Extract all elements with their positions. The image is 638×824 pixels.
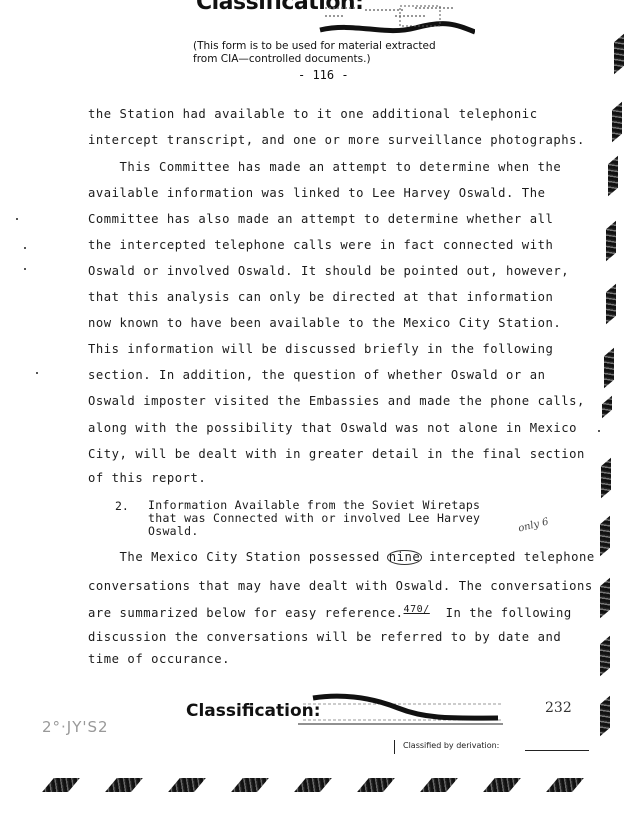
section-number: 2. [115, 499, 129, 513]
hatch-mark [606, 221, 616, 261]
body-line: section. In addition, the question of wh… [88, 368, 545, 382]
body-line: Oswald or involved Oswald. It should be … [88, 264, 569, 278]
body-line: of this report. [88, 471, 206, 485]
body-line: Oswald imposter visited the Embassies an… [88, 394, 585, 408]
footer-redaction-mark [298, 688, 508, 730]
handwritten-annotation: only 6 [517, 516, 550, 534]
hatch-mark [168, 778, 206, 792]
date-stamp: 2°·JY'S2 [42, 718, 109, 736]
form-note-line-2: from CIA—controlled documents.) [193, 53, 436, 66]
hatch-mark [608, 156, 618, 196]
hatch-mark [231, 778, 269, 792]
scan-speck [24, 247, 26, 249]
body-line: This Committee has made an attempt to de… [88, 160, 561, 174]
body-line: time of occurance. [88, 652, 230, 666]
body-line: intercept transcript, and one or more su… [88, 133, 585, 147]
hatch-mark [105, 778, 143, 792]
scan-speck [24, 268, 26, 270]
form-usage-note: (This form is to be used for material ex… [193, 40, 436, 66]
classified-by-derivation-label: Classified by derivation: [403, 741, 499, 750]
body-line: Committee has also made an attempt to de… [88, 212, 553, 226]
hatch-mark [600, 696, 610, 736]
body-line: now known to have been available to the … [88, 316, 561, 330]
section-heading-line: that was Connected with or involved Lee … [148, 512, 480, 524]
handwritten-page-number: 232 [545, 700, 572, 716]
hatch-mark [602, 396, 612, 418]
scan-speck [16, 218, 18, 220]
page-number: - 116 - [298, 68, 349, 82]
section-heading-line: Information Available from the Soviet Wi… [148, 499, 480, 511]
circled-word: nine [387, 550, 423, 565]
hatch-mark [600, 516, 610, 556]
body-line: The Mexico City Station possessed nine i… [88, 550, 595, 564]
hatch-mark [483, 778, 521, 792]
header-redaction-mark [315, 2, 475, 42]
text-run: intercepted telephone [421, 550, 595, 564]
hatch-mark [600, 578, 610, 618]
hatch-mark [614, 34, 624, 74]
scan-speck [36, 372, 38, 374]
hatch-mark [42, 778, 80, 792]
body-line: conversations that may have dealt with O… [88, 579, 593, 593]
scan-speck [598, 430, 600, 432]
hatch-mark [601, 458, 611, 498]
hatch-mark [546, 778, 584, 792]
hatch-mark [604, 348, 614, 388]
body-line: This information will be discussed brief… [88, 342, 553, 356]
footer-divider [394, 740, 395, 754]
body-line: are summarized below for easy reference.… [88, 604, 572, 620]
hatch-mark [294, 778, 332, 792]
body-line: along with the possibility that Oswald w… [88, 421, 577, 435]
footnote-reference: 470/ [404, 604, 430, 615]
body-line: discussion the conversations will be ref… [88, 630, 561, 644]
body-line: the Station had available to it one addi… [88, 107, 538, 121]
body-line: that this analysis can only be directed … [88, 290, 553, 304]
hatch-mark [612, 102, 622, 142]
hatch-mark [357, 778, 395, 792]
body-line: City, will be dealt with in greater deta… [88, 447, 585, 461]
body-line: the intercepted telephone calls were in … [88, 238, 553, 252]
section-heading-line: Oswald. [148, 525, 199, 537]
text-run: are summarized below for easy reference. [88, 606, 404, 620]
text-run: The Mexico City Station possessed [88, 550, 388, 564]
text-run: In the following [430, 606, 572, 620]
hatch-mark [600, 636, 610, 676]
derivation-blank-line [525, 750, 589, 751]
body-line: available information was linked to Lee … [88, 186, 545, 200]
hatch-mark [420, 778, 458, 792]
form-note-line-1: (This form is to be used for material ex… [193, 40, 436, 53]
hatch-mark [606, 284, 616, 324]
